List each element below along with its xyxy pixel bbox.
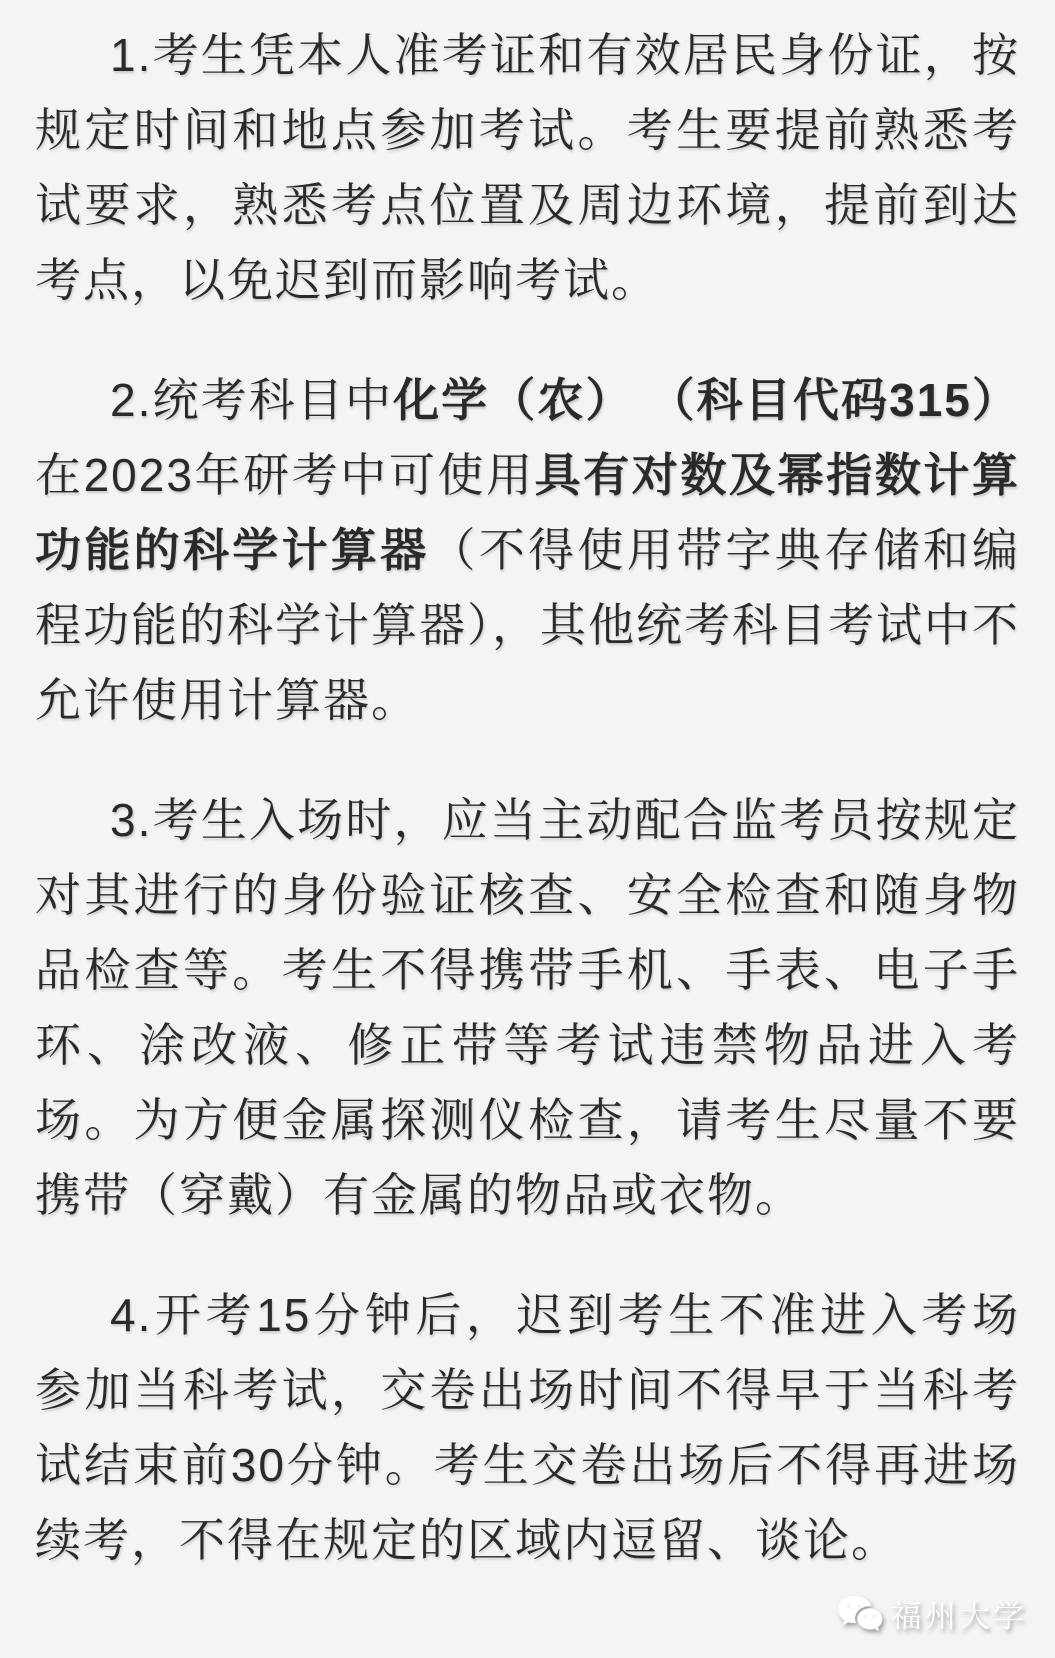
text-segment: 4.开考15分钟后，迟到考生不准进入考场参加当科考试，交卷出场时间不得早于当科考… — [35, 1289, 1020, 1566]
text-segment: 3.考生入场时，应当主动配合监考员按规定对其进行的身份验证核查、安全检查和随身物… — [35, 794, 1020, 1221]
text-segment: 1.考生凭本人准考证和有效居民身份证，按规定时间和地点参加考试。考生要提前熟悉考… — [35, 29, 1020, 306]
paragraph-4: 4.开考15分钟后，迟到考生不准进入考场参加当科考试，交卷出场时间不得早于当科考… — [35, 1278, 1020, 1578]
text-segment: 2.统考科目中 — [110, 374, 393, 426]
wechat-icon — [837, 1594, 883, 1634]
paragraph-1: 1.考生凭本人准考证和有效居民身份证，按规定时间和地点参加考试。考生要提前熟悉考… — [35, 18, 1020, 318]
text-segment: 在2023年研考中可使用 — [35, 449, 535, 501]
bold-text-segment: 化学（农） （科目代码315） — [393, 374, 1020, 426]
watermark-label: 福州大学 — [891, 1591, 1027, 1636]
paragraph-2: 2.统考科目中化学（农） （科目代码315）在2023年研考中可使用具有对数及幂… — [35, 363, 1020, 738]
article-body: 1.考生凭本人准考证和有效居民身份证，按规定时间和地点参加考试。考生要提前熟悉考… — [0, 0, 1055, 1578]
watermark: 福州大学 — [837, 1591, 1027, 1636]
paragraph-3: 3.考生入场时，应当主动配合监考员按规定对其进行的身份验证核查、安全检查和随身物… — [35, 783, 1020, 1233]
